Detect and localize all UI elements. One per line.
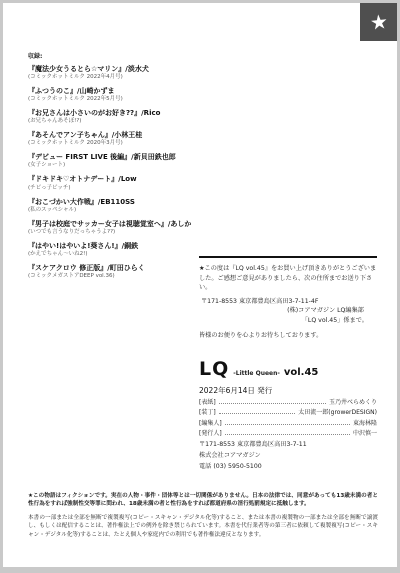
publisher-block: 〒171-8553 東京都豊島区高田3-7-11 株式会社コアマガジン 電話 (… <box>199 440 377 473</box>
copyright-notice: 本書の一部または全部を無断で複製複写(コピー・スキャン・デジタル化等)すること、… <box>28 514 378 539</box>
toc-title: 『はやい!はやいよ!葵さん!』/銅鉄 <box>28 242 233 250</box>
credit-value: 中沢慎一 <box>353 428 377 437</box>
letters-address-line1: 〒171-8553 東京都豊島区高田3-7-11-4F <box>199 297 377 307</box>
credit-value: 玉乃井べらめくり <box>329 397 377 406</box>
credit-value: 東海林隆 <box>353 418 377 427</box>
toc-item: 『ふつうのこ』/山崎かずま (コミックホットミルク 2022年5月号) <box>28 87 233 102</box>
toc-item: 『おこづかい大作戦』/EB110SS (私のスッペシャル) <box>28 198 233 213</box>
credit-row-editor: [編集人] 東海林隆 <box>199 416 377 427</box>
toc-item: 『男子は校庭でサッカー女子は視聴覚室へ』/あしか (いつでも言うなりだっちゃうよ… <box>28 220 233 235</box>
toc-source: (お兄ちゃんあそぼ!?) <box>28 118 233 124</box>
toc-source: (いつでも言うなりだっちゃうよ??) <box>28 229 233 235</box>
toc-source: (コミックホットミルク 2022年4月号) <box>28 74 233 80</box>
fiction-disclaimer: ★この物語はフィクションです。実在の人物・事件・団体等とは一切関係がありません。… <box>28 492 378 509</box>
section-divider <box>199 256 377 258</box>
toc-item: 『はやい!はやいよ!葵さん!』/銅鉄 (かえでちゃん〜いね2!) <box>28 242 233 257</box>
credits-table: [表紙] 玉乃井べらめくり [装丁] 太田流一郎(growerDESIGN) [… <box>199 395 377 437</box>
toc-title: 『ドキドキ♡オトナデート』/Low <box>28 175 233 183</box>
toc-title: 『デビュー FIRST LIVE 後編』/新貝田鉄也郎 <box>28 153 233 161</box>
credit-row-cover: [表紙] 玉乃井べらめくり <box>199 395 377 406</box>
star-badge: ★ <box>360 3 397 41</box>
credit-label: [装丁] <box>199 407 216 416</box>
magazine-volume: vol.45 <box>284 367 319 378</box>
toc-title: 『男子は校庭でサッカー女子は視聴覚室へ』/あしか <box>28 220 233 228</box>
magazine-subtitle: -Little Queen- <box>233 370 280 377</box>
magazine-title-block: LQ -Little Queen- vol.45 2022年6月14日 発行 <box>199 358 377 396</box>
toc-item: 『デビュー FIRST LIVE 後編』/新貝田鉄也郎 (女子ショート) <box>28 153 233 168</box>
leader-line <box>219 413 296 414</box>
legal-notices: ★この物語はフィクションです。実在の人物・事件・団体等とは一切関係がありません。… <box>28 492 378 539</box>
publisher-name: 株式会社コアマガジン <box>199 451 377 462</box>
toc-source: (私のスッペシャル) <box>28 207 233 213</box>
toc-source: (コミックホットミルク 2022年5月号) <box>28 96 233 102</box>
colophon-page: ★ 収録: 『魔法少女うるとら☆マリン』/淡水犬 (コミックホットミルク 202… <box>3 3 397 567</box>
letters-address-line2: (株)コアマガジン LQ編集部 <box>199 306 377 316</box>
toc-title: 『おこづかい大作戦』/EB110SS <box>28 198 233 206</box>
toc-item: 『魔法少女うるとら☆マリン』/淡水犬 (コミックホットミルク 2022年4月号) <box>28 65 233 80</box>
toc-title: 『あそんでアン子ちゃん』/小林王桂 <box>28 131 233 139</box>
leader-line <box>225 424 350 425</box>
toc-title: 『お兄さんは小さいのがお好き??』/Rico <box>28 109 233 117</box>
credit-value: 太田流一郎(growerDESIGN) <box>298 407 377 416</box>
star-icon: ★ <box>369 11 389 33</box>
credit-row-design: [装丁] 太田流一郎(growerDESIGN) <box>199 406 377 417</box>
magazine-title: LQ <box>199 358 229 380</box>
publisher-telephone: 電話 (03) 5950-5100 <box>199 462 377 473</box>
letters-outro: 皆様のお便りを心よりお待ちしております。 <box>199 331 377 341</box>
letters-intro: ★この度は『LQ vol.45』をお買い上げ頂きありがとうございました。ご感想ご… <box>199 264 377 293</box>
toc-item: 『ドキドキ♡オトナデート』/Low (チビっ子ビッチ) <box>28 175 233 190</box>
reader-letters-block: ★この度は『LQ vol.45』をお買い上げ頂きありがとうございました。ご感想ご… <box>199 264 377 340</box>
toc-item: 『お兄さんは小さいのがお好き??』/Rico (お兄ちゃんあそぼ!?) <box>28 109 233 124</box>
publisher-postal: 〒171-8553 東京都豊島区高田3-7-11 <box>199 440 377 451</box>
toc-item: 『あそんでアン子ちゃん』/小林王桂 (コミックホットミルク 2020年3月号) <box>28 131 233 146</box>
contents-header: 収録: <box>28 51 233 60</box>
toc-source: (コミックホットミルク 2020年3月号) <box>28 140 233 146</box>
leader-line <box>225 434 350 435</box>
leader-line <box>219 403 326 404</box>
toc-title: 『魔法少女うるとら☆マリン』/淡水犬 <box>28 65 233 73</box>
toc-source: (女子ショート) <box>28 162 233 168</box>
credit-label: [表紙] <box>199 397 216 406</box>
credit-label: [編集人] <box>199 418 222 427</box>
toc-source: (チビっ子ビッチ) <box>28 185 233 191</box>
credit-label: [発行人] <box>199 428 222 437</box>
credit-row-publisher: [発行人] 中沢慎一 <box>199 427 377 438</box>
letters-address-line3: 「LQ vol.45」係まで。 <box>199 316 377 326</box>
toc-title: 『ふつうのこ』/山崎かずま <box>28 87 233 95</box>
table-of-contents: 収録: 『魔法少女うるとら☆マリン』/淡水犬 (コミックホットミルク 2022年… <box>28 51 233 286</box>
